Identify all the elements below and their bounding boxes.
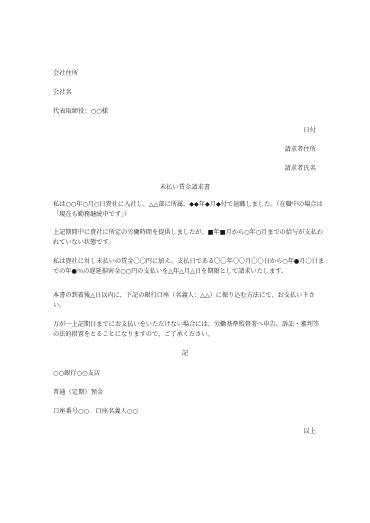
document-title: 未払い賃金請求書 bbox=[0, 183, 370, 192]
company-name: 会社名 bbox=[53, 88, 72, 97]
document-page: 会社住所 会社名 代表取締役：○○様 日付 請求者住所 請求者氏名 未払い賃金請… bbox=[0, 0, 370, 523]
paragraph-claim: 私は貴社に対し未払いの賃金〇〇円に加え、支払日である〇〇年〇〇月〇〇日から○年●… bbox=[53, 257, 325, 276]
note-heading: 記 bbox=[0, 349, 370, 358]
paragraph-unpaid-period: 上記期間中に貴社に所定の労働時間を提供しましたが、■年■月から○年○月までの給与… bbox=[53, 228, 325, 247]
account-info: 口座番号○○ 口座名義人○○ bbox=[53, 407, 138, 416]
claimant-name: 請求者氏名 bbox=[285, 164, 316, 173]
paragraph-payment: 本書の到着後△日以内に、下記の銀行口座（名義人：△△）に振り込む方法にて、お支払… bbox=[53, 291, 325, 310]
paragraph-employment: 私は○○年○月○日貴社に入社し、△△部に所属、◆◆年◆月◆付で退職しました。（在… bbox=[53, 200, 325, 219]
claimant-address: 請求者住所 bbox=[285, 145, 316, 154]
closing: 以上 bbox=[303, 427, 316, 436]
account-type: 普通（定期）預金 bbox=[53, 388, 103, 397]
company-address: 会社住所 bbox=[53, 69, 78, 78]
paragraph-legal-action: 万が一上記期日までにお支払いをいただけない場合には、労働基準監督署へ申告、訴訟・… bbox=[53, 320, 325, 339]
date: 日付 bbox=[303, 126, 316, 135]
bank-branch: ○○銀行○○支店 bbox=[53, 369, 100, 378]
representative: 代表取締役：○○様 bbox=[53, 107, 108, 116]
